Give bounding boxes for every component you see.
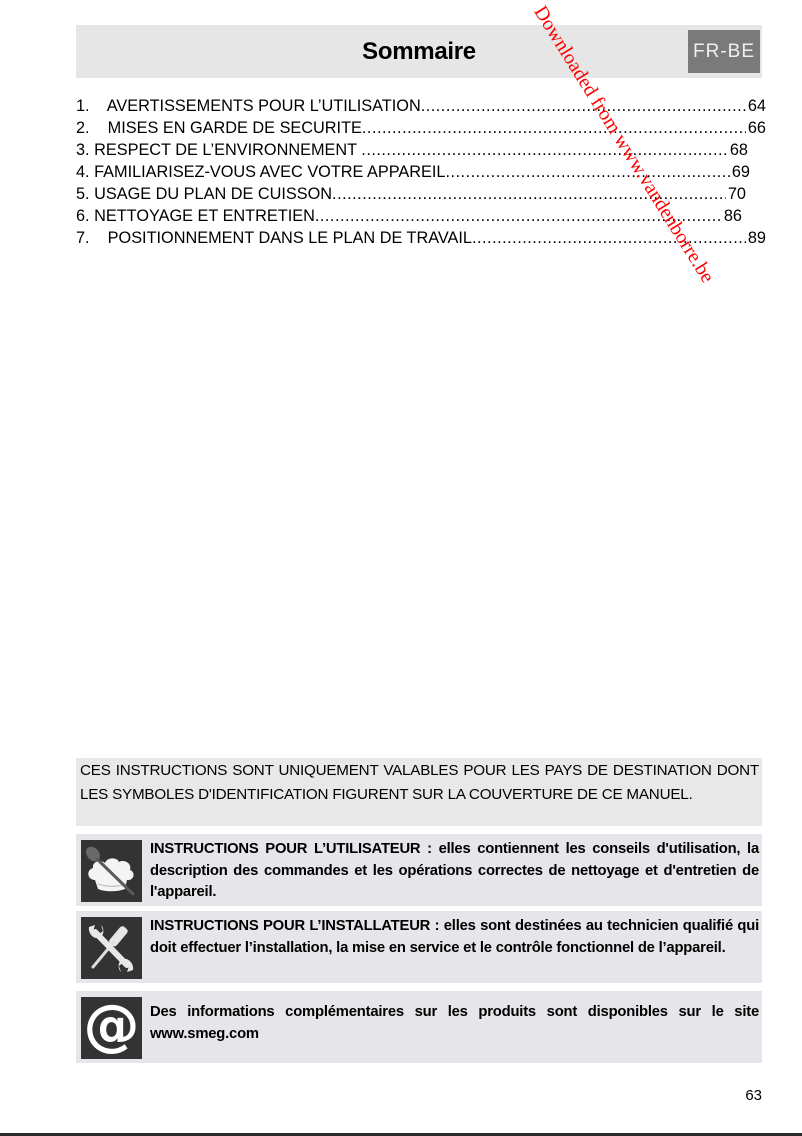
toc-leader-dots: ........................................…	[362, 117, 746, 139]
toc-entry[interactable]: 2. MISES EN GARDE DE SECURITE ..........…	[76, 117, 766, 139]
more-info-box: @ Des informations complémentaires sur l…	[76, 991, 762, 1063]
toc-entry[interactable]: 1. AVERTISSEMENTS POUR L’UTILISATION ...…	[76, 95, 766, 117]
toc-entry-page: 86	[722, 205, 742, 227]
toc-entry-label: 7. POSITIONNEMENT DANS LE PLAN DE TRAVAI…	[76, 227, 472, 249]
toc-leader-dots: ........................................…	[472, 227, 746, 249]
toc-entry-label: 4. FAMILIARISEZ-VOUS AVEC VOTRE APPAREIL	[76, 161, 445, 183]
at-sign-glyph: @	[84, 998, 140, 1054]
validity-notice-text: CES INSTRUCTIONS SONT UNIQUEMENT VALABLE…	[80, 759, 759, 806]
toc-entry-label: 6. NETTOYAGE ET ENTRETIEN	[76, 205, 315, 227]
installer-instructions-text: INSTRUCTIONS POUR L’INSTALLATEUR : elles…	[150, 916, 759, 959]
validity-notice-box: CES INSTRUCTIONS SONT UNIQUEMENT VALABLE…	[76, 758, 762, 826]
toc-entry[interactable]: 5. USAGE DU PLAN DE CUISSON ............…	[76, 183, 746, 205]
more-info-text: Des informations complémentaires sur les…	[150, 1002, 759, 1045]
chef-hat-spoon-icon	[81, 840, 142, 902]
toc-entry-page: 64	[746, 95, 766, 117]
at-sign-icon: @	[81, 997, 142, 1059]
table-of-contents: 1. AVERTISSEMENTS POUR L’UTILISATION ...…	[76, 95, 766, 249]
toc-entry-page: 66	[746, 117, 766, 139]
toc-entry-label: 3. RESPECT DE L’ENVIRONNEMENT	[76, 139, 361, 161]
user-instructions-text: INSTRUCTIONS POUR L’UTILISATEUR : elles …	[150, 839, 759, 904]
user-instructions-box: INSTRUCTIONS POUR L’UTILISATEUR : elles …	[76, 834, 762, 906]
toc-entry[interactable]: 7. POSITIONNEMENT DANS LE PLAN DE TRAVAI…	[76, 227, 766, 249]
toc-entry-page: 69	[730, 161, 750, 183]
page-title: Sommaire	[76, 25, 762, 78]
toc-leader-dots: ........................................…	[315, 205, 722, 227]
toc-entry-label: 2. MISES EN GARDE DE SECURITE	[76, 117, 362, 139]
toc-entry[interactable]: 6. NETTOYAGE ET ENTRETIEN ..............…	[76, 205, 742, 227]
toc-entry[interactable]: 3. RESPECT DE L’ENVIRONNEMENT ..........…	[76, 139, 748, 161]
toc-entry-page: 89	[746, 227, 766, 249]
toc-entry-label: 1. AVERTISSEMENTS POUR L’UTILISATION	[76, 95, 421, 117]
toc-leader-dots: ........................................…	[445, 161, 729, 183]
toc-leader-dots: ........................................…	[421, 95, 746, 117]
header-bar: Sommaire FR-BE	[76, 25, 762, 78]
language-badge: FR-BE	[688, 30, 760, 73]
toc-leader-dots: ........................................…	[361, 139, 728, 161]
toc-entry-label: 5. USAGE DU PLAN DE CUISSON	[76, 183, 332, 205]
toc-entry-page: 70	[726, 183, 746, 205]
toc-entry[interactable]: 4. FAMILIARISEZ-VOUS AVEC VOTRE APPAREIL…	[76, 161, 750, 183]
toc-entry-page: 68	[728, 139, 748, 161]
installer-instructions-box: INSTRUCTIONS POUR L’INSTALLATEUR : elles…	[76, 911, 762, 983]
wrench-screwdriver-icon	[81, 917, 142, 979]
toc-leader-dots: ........................................…	[332, 183, 726, 205]
page-number: 63	[700, 1087, 762, 1104]
